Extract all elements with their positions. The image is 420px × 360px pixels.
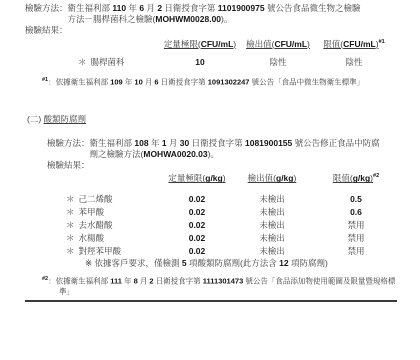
detected-value: 未檢出 — [228, 232, 316, 245]
method-block: 檢驗方法： 衛生福利部 108 年 1 月 30 日衛授食字第 10819001… — [47, 138, 420, 160]
column-header-detected: 檢出值(CFU/mL) — [238, 37, 318, 50]
table-row: ＊己二烯酸 0.02 未檢出 0.5 — [66, 193, 420, 206]
section-microbiological: 檢驗方法： 衛生福利部 110 年 6 月 2 日衛授食字第 110190097… — [0, 3, 420, 87]
page-bottom-rule — [25, 300, 397, 302]
limit-value: 0.5 — [316, 193, 396, 206]
loq-value: 0.02 — [166, 219, 228, 232]
footnote-text: 依據衛生福利部 109 年 10 月 6 日衛授食字第 1091302247 號… — [56, 77, 364, 86]
detected-value: 未檢出 — [228, 219, 316, 232]
section-title: 酸類防腐劑 — [44, 114, 87, 124]
analyte-name: 苯甲酸 — [79, 207, 105, 217]
detected-value: 陰性 — [238, 57, 318, 68]
analyte-name: 對羥苯甲酸 — [79, 246, 122, 256]
column-header-loq: 定量極限(CFU/mL) — [162, 37, 238, 50]
method-text: 衛生福利部 108 年 1 月 30 日衛授食字第 1081900155 號公告… — [90, 138, 380, 160]
limit-value: 0.6 — [316, 206, 396, 219]
loq-value: 0.02 — [166, 232, 228, 245]
accreditation-marker: ＊ — [66, 232, 75, 245]
method-line: 劑之檢驗方法(MOHWA0020.03)。 — [90, 149, 380, 160]
table-header-row: 定量極限(g/kg) 檢出值(g/kg) 限值(g/kg)#2 — [66, 171, 420, 184]
footnote-2: #2：依據衛生福利部 111 年 8 月 2 日衛授食字第 1111301473… — [42, 274, 420, 297]
header-spacer — [66, 171, 166, 184]
limit-value: 陰性 — [318, 57, 390, 68]
section-heading: (二) 酸類防腐劑 — [27, 114, 420, 125]
table-row: ＊腸桿菌科 10 陰性 陰性 — [78, 57, 420, 68]
accreditation-marker: ＊ — [66, 219, 75, 232]
analyte-name-cell: ＊對羥苯甲酸 — [66, 245, 166, 258]
accreditation-marker: ＊ — [66, 245, 75, 258]
accreditation-marker: ＊ — [78, 57, 87, 68]
method-label: 檢驗方法： — [25, 3, 68, 14]
limit-value: 禁用 — [316, 219, 396, 232]
table-header-row: 定量極限(CFU/mL) 檢出值(CFU/mL) 限值(CFU/mL)#1 — [78, 37, 420, 50]
table-body: ＊己二烯酸 0.02 未檢出 0.5 ＊苯甲酸 0.02 未檢出 0.6 ＊去水… — [66, 193, 420, 258]
lab-report-page: 檢驗方法： 衛生福利部 110 年 6 月 2 日衛授食字第 110190097… — [0, 0, 420, 360]
microbio-table: 定量極限(CFU/mL) 檢出值(CFU/mL) 限值(CFU/mL)#1 ＊腸… — [78, 37, 420, 68]
footnote-text: 依據衛生福利部 111 年 8 月 2 日衛授食字第 1111301473 號公… — [56, 277, 396, 286]
analyte-name-cell: ＊苯甲酸 — [66, 206, 166, 219]
loq-value: 0.02 — [166, 245, 228, 258]
column-header-loq: 定量極限(g/kg) — [166, 171, 228, 184]
method-text: 衛生福利部 110 年 6 月 2 日衛授食字第 1101900975 號公告食… — [68, 3, 361, 25]
analyte-name-cell: ＊去水醋酸 — [66, 219, 166, 232]
result-label: 檢驗結果： — [47, 160, 420, 171]
loq-value: 10 — [162, 57, 238, 68]
limit-value: 禁用 — [316, 245, 396, 258]
analyte-name: 己二烯酸 — [79, 194, 113, 204]
detected-value: 未檢出 — [228, 206, 316, 219]
loq-value: 0.02 — [166, 206, 228, 219]
table-row: ＊苯甲酸 0.02 未檢出 0.6 — [66, 206, 420, 219]
detected-value: 未檢出 — [228, 245, 316, 258]
footnote-line: #2：依據衛生福利部 111 年 8 月 2 日衛授食字第 1111301473… — [42, 274, 420, 287]
analyte-name: 腸桿菌科 — [91, 57, 125, 67]
column-header-limit: 限值(g/kg)#2 — [316, 171, 396, 184]
method-block: 檢驗方法： 衛生福利部 110 年 6 月 2 日衛授食字第 110190097… — [25, 3, 420, 25]
limit-value: 禁用 — [316, 232, 396, 245]
table-row: ＊去水醋酸 0.02 未檢出 禁用 — [66, 219, 420, 232]
section-preservatives: (二) 酸類防腐劑 檢驗方法： 衛生福利部 108 年 1 月 30 日衛授食字… — [0, 114, 420, 296]
method-line: 衛生福利部 108 年 1 月 30 日衛授食字第 1081900155 號公告… — [90, 138, 380, 149]
footnote-1: #1：依據衛生福利部 109 年 10 月 6 日衛授食字第 109130224… — [42, 75, 420, 88]
table-row: ＊對羥苯甲酸 0.02 未檢出 禁用 — [66, 245, 420, 258]
client-request-note: ※ 依據客戶要求，僅檢測 5 項酸類防腐劑(此方法含 12 項防腐劑) — [85, 258, 420, 269]
method-label: 檢驗方法： — [47, 138, 90, 149]
analyte-name: 水楊酸 — [79, 233, 105, 243]
column-header-detected: 檢出值(g/kg) — [228, 171, 316, 184]
method-line: 衛生福利部 110 年 6 月 2 日衛授食字第 1101900975 號公告食… — [68, 3, 361, 14]
loq-value: 0.02 — [166, 193, 228, 206]
header-spacer — [78, 37, 162, 50]
footnote-line: 準」 — [59, 287, 420, 297]
detected-value: 未檢出 — [228, 193, 316, 206]
column-header-limit: 限值(CFU/mL)#1 — [318, 37, 390, 50]
accreditation-marker: ＊ — [66, 206, 75, 219]
section-number: (二) — [27, 114, 41, 124]
result-label: 檢驗結果： — [25, 25, 420, 36]
method-line: 方法－腸桿菌科之檢驗(MOHWM0028.00)。 — [68, 14, 361, 25]
analyte-name-cell: ＊水楊酸 — [66, 232, 166, 245]
preservative-table: 定量極限(g/kg) 檢出值(g/kg) 限值(g/kg)#2 ＊己二烯酸 0.… — [66, 171, 420, 258]
table-row: ＊水楊酸 0.02 未檢出 禁用 — [66, 232, 420, 245]
analyte-name-cell: ＊己二烯酸 — [66, 193, 166, 206]
accreditation-marker: ＊ — [66, 193, 75, 206]
analyte-name: 去水醋酸 — [79, 220, 113, 230]
analyte-name-cell: ＊腸桿菌科 — [78, 57, 162, 68]
